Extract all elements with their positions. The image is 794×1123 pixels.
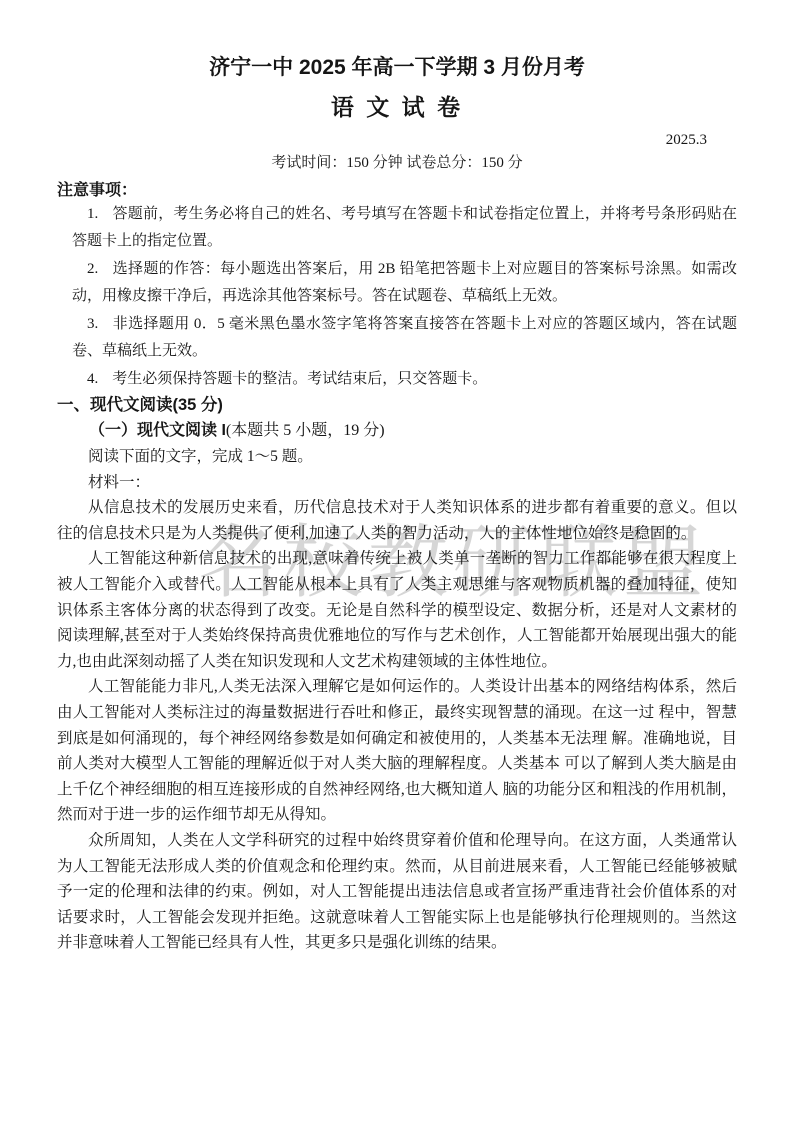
notice-item-4: 4.考生必须保持答题卡的整洁。考试结束后，只交答题卡。 [57, 366, 737, 394]
subsection-heading-detail: (本题共 5 小题，19 分) [226, 422, 385, 439]
subject-title: 语 文 试 卷 [57, 94, 737, 122]
section-heading-modern-reading: 一、现代文阅读(35 分) [57, 394, 737, 416]
subsection-heading-bold: （一）现代文阅读 I [89, 422, 226, 439]
subsection-heading: （一）现代文阅读 I(本题共 5 小题，19 分) [57, 418, 737, 444]
notice-item-2-text: 选择题的作答：每小题选出答案后，用 2B 铅笔把答题卡上对应题目的答案标号涂黑。… [72, 261, 737, 305]
notice-item-3-text: 非选择题用 0．5 毫米黑色墨水签字笔将答案直接答在答题卡上对应的答题区域内，答… [72, 316, 737, 360]
exam-date: 2025.3 [57, 130, 737, 150]
reading-instruction: 阅读下面的文字，完成 1～5 题。 [57, 444, 737, 470]
material-one-label: 材料一： [57, 470, 737, 496]
notice-item-2-number: 2. [87, 261, 98, 277]
page-content: 济宁一中 2025 年高一下学期 3 月份月考 语 文 试 卷 2025.3 考… [0, 0, 794, 956]
material-paragraph-2: 人工智能这种新信息技术的出现,意味着传统上被人类单一垄断的智力工作都能够在很大程… [57, 546, 737, 674]
notice-item-1-number: 1. [87, 206, 98, 222]
notice-item-1-text: 答题前，考生务必将自己的姓名、考号填写在答题卡和试卷指定位置上，并将考号条形码贴… [72, 206, 737, 250]
notice-item-4-text: 考生必须保持答题卡的整洁。考试结束后，只交答题卡。 [112, 371, 487, 387]
material-paragraph-4: 众所周知，人类在人文学科研究的过程中始终贯穿着价值和伦理导向。在这方面，人类通常… [57, 828, 737, 956]
exam-title: 济宁一中 2025 年高一下学期 3 月份月考 [57, 0, 737, 80]
notice-item-4-number: 4. [87, 371, 98, 387]
exam-duration-score: 考试时间：150 分钟 试卷总分：150 分 [57, 153, 737, 173]
notice-heading: 注意事项： [57, 181, 737, 201]
notice-item-1: 1.答题前，考生务必将自己的姓名、考号填写在答题卡和试卷指定位置上，并将考号条形… [57, 201, 737, 256]
notice-item-2: 2.选择题的作答：每小题选出答案后，用 2B 铅笔把答题卡上对应题目的答案标号涂… [57, 256, 737, 311]
material-paragraph-3: 人工智能能力非凡,人类无法深入理解它是如何运作的。人类设计出基本的网络结构体系，… [57, 674, 737, 828]
notice-item-3-number: 3. [87, 316, 98, 332]
material-paragraph-1: 从信息技术的发展历史来看，历代信息技术对于人类知识体系的进步都有着重要的意义。但… [57, 495, 737, 546]
exam-paper-page: 名校教研联盟 济宁一中 2025 年高一下学期 3 月份月考 语 文 试 卷 2… [0, 0, 794, 1123]
notice-item-3: 3.非选择题用 0．5 毫米黑色墨水签字笔将答案直接答在答题卡上对应的答题区域内… [57, 311, 737, 366]
